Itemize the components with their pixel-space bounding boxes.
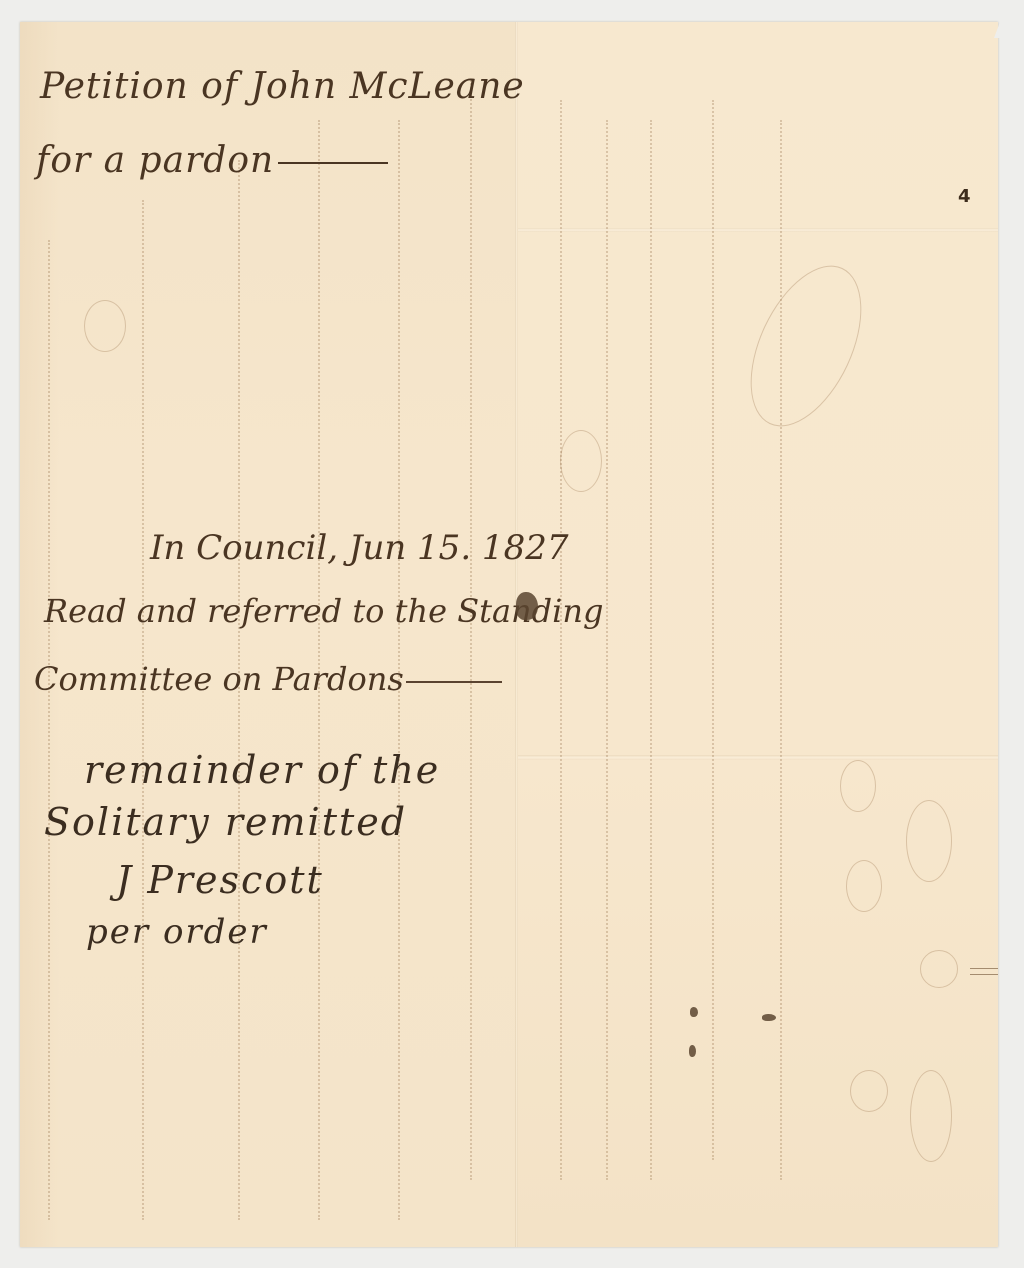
bleed-loop — [846, 860, 882, 912]
vertical-fold-line — [515, 22, 518, 1247]
ink-blot — [690, 1007, 698, 1017]
bleed-loop — [560, 430, 602, 492]
bleed-loop — [920, 950, 958, 988]
docket-title: Petition of John McLeane — [40, 66, 525, 107]
council-date-line: In Council, Jun 15. 1827 — [150, 528, 568, 568]
bleed-loop — [840, 760, 876, 812]
bleed-column — [48, 240, 52, 1220]
remission-line-1: remainder of the — [84, 748, 440, 792]
bleed-column — [470, 80, 474, 1180]
bleed-loop — [84, 300, 126, 352]
remission-line-2: Solitary remitted — [44, 800, 407, 844]
bleed-column — [712, 100, 716, 1160]
ink-blot — [516, 592, 538, 620]
remission-line-4: per order — [86, 912, 268, 952]
ink-blot — [689, 1045, 696, 1057]
bleed-column — [780, 120, 784, 1180]
bleed-column — [142, 200, 146, 1220]
document-paper-right-panel — [515, 22, 998, 1247]
horizontal-fold-line-lower — [518, 755, 998, 760]
corner-mark: 4 — [958, 186, 971, 207]
double-rule-mark — [970, 968, 998, 975]
bleed-loop — [850, 1070, 888, 1112]
bleed-column — [650, 120, 654, 1180]
bleed-loop — [910, 1070, 952, 1162]
docket-subtitle: for a pardon — [36, 140, 388, 181]
horizontal-fold-line-upper — [518, 228, 998, 232]
council-referral-line-2: Committee on Pardons — [34, 660, 502, 698]
bleed-loop — [906, 800, 952, 882]
remission-signature: J Prescott — [116, 858, 324, 902]
ink-blot — [762, 1014, 776, 1021]
bleed-column — [606, 120, 610, 1180]
bleed-column — [560, 100, 564, 1180]
